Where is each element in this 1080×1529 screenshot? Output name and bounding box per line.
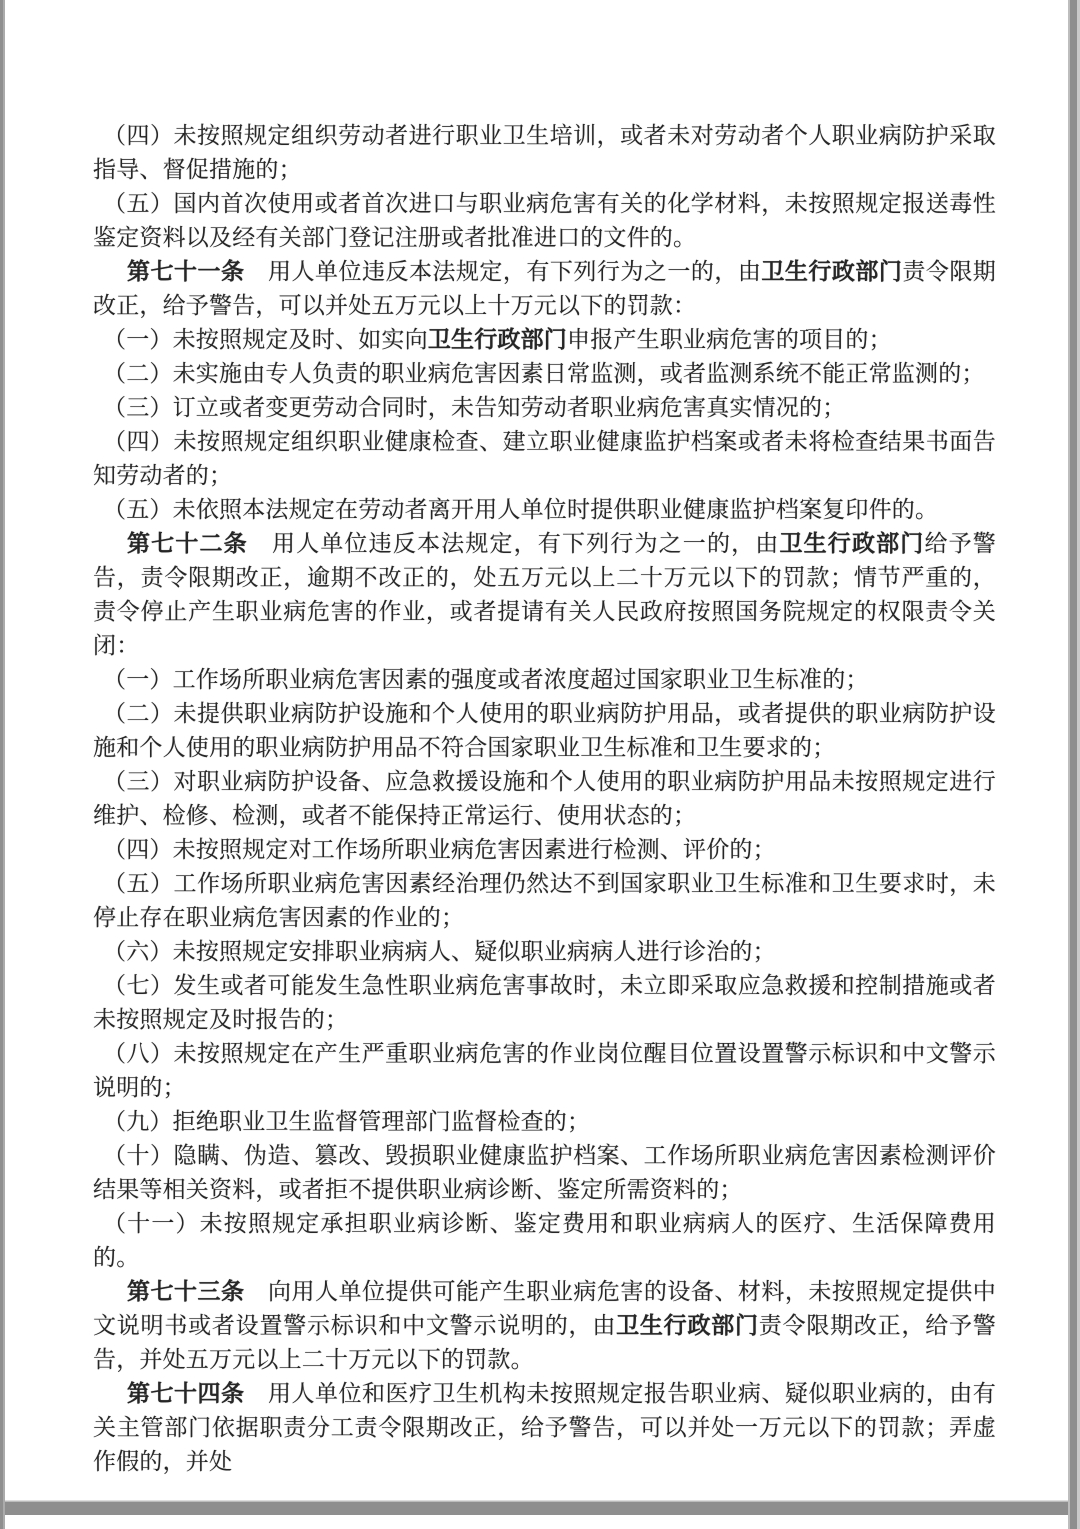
text-run: （一）工作场所职业病危害因素的强度或者浓度超过国家职业卫生标准的；: [103, 667, 869, 692]
text-run: （四）未按照规定对工作场所职业病危害因素进行检测、评价的；: [103, 837, 776, 862]
text-run: （二）未提供职业病防护设施和个人使用的职业病防护用品，或者提供的职业病防护设施和…: [93, 701, 996, 760]
bold-text-run: 第七十一条: [127, 259, 244, 284]
document-viewer: （四）未按照规定组织劳动者进行职业卫生培训，或者未对劳动者个人职业病防护采取指导…: [0, 0, 1080, 1529]
text-run: （二）未实施由专人负责的职业病危害因素日常监测，或者监测系统不能正常监测的；: [103, 361, 985, 386]
clause-paragraph: （六）未按照规定安排职业病病人、疑似职业病病人进行诊治的；: [93, 935, 996, 969]
text-run: （一）未按照规定及时、如实向: [103, 327, 428, 352]
clause-paragraph: （四）未按照规定组织劳动者进行职业卫生培训，或者未对劳动者个人职业病防护采取指导…: [93, 119, 996, 187]
text-run: 用人单位违反本法规定，有下列行为之一的，由: [244, 259, 761, 284]
next-page-top: [5, 1515, 1068, 1529]
bold-text-run: 卫生行政部门: [428, 327, 567, 352]
clause-paragraph: （五）未依照本法规定在劳动者离开用人单位时提供职业健康监护档案复印件的。: [93, 493, 996, 527]
text-run: 用人单位违反本法规定，有下列行为之一的，由: [248, 531, 780, 556]
clause-paragraph: （八）未按照规定在产生严重职业病危害的作业岗位醒目位置设置警示标识和中文警示说明…: [93, 1037, 996, 1105]
clause-paragraph: （五）工作场所职业病危害因素经治理仍然达不到国家职业卫生标准和卫生要求时，未停止…: [93, 867, 996, 935]
document-body: （四）未按照规定组织劳动者进行职业卫生培训，或者未对劳动者个人职业病防护采取指导…: [93, 119, 996, 1479]
article-paragraph: 第七十二条 用人单位违反本法规定，有下列行为之一的，由卫生行政部门给予警告，责令…: [93, 527, 996, 663]
viewer-left-edge: [0, 0, 5, 1529]
text-run: （三）订立或者变更劳动合同时，未告知劳动者职业病危害真实情况的；: [103, 395, 845, 420]
text-run: （七）发生或者可能发生急性职业病危害事故时，未立即采取应急救援和控制措施或者未按…: [93, 973, 996, 1032]
article-paragraph: 第七十三条 向用人单位提供可能产生职业病危害的设备、材料，未按照规定提供中文说明…: [93, 1275, 996, 1377]
text-run: （六）未按照规定安排职业病病人、疑似职业病病人进行诊治的；: [103, 939, 776, 964]
clause-paragraph: （二）未实施由专人负责的职业病危害因素日常监测，或者监测系统不能正常监测的；: [93, 357, 996, 391]
viewer-right-edge: [1068, 0, 1080, 1529]
bold-text-run: 第七十四条: [127, 1381, 244, 1406]
clause-paragraph: （十一）未按照规定承担职业病诊断、鉴定费用和职业病病人的医疗、生活保障费用的。: [93, 1207, 996, 1275]
clause-paragraph: （四）未按照规定组织职业健康检查、建立职业健康监护档案或者未将检查结果书面告知劳…: [93, 425, 996, 493]
bold-text-run: 卫生行政部门: [779, 531, 924, 556]
clause-paragraph: （七）发生或者可能发生急性职业病危害事故时，未立即采取应急救援和控制措施或者未按…: [93, 969, 996, 1037]
text-run: （四）未按照规定组织劳动者进行职业卫生培训，或者未对劳动者个人职业病防护采取指导…: [93, 123, 996, 182]
text-run: （九）拒绝职业卫生监督管理部门监督检查的；: [103, 1109, 590, 1134]
text-run: （十一）未按照规定承担职业病诊断、鉴定费用和职业病病人的医疗、生活保障费用的。: [93, 1211, 996, 1270]
text-run: （十）隐瞒、伪造、篡改、毁损职业健康监护档案、工作场所职业病危害因素检测评价结果…: [93, 1143, 996, 1202]
bold-text-run: 第七十二条: [127, 531, 248, 556]
article-paragraph: 第七十四条 用人单位和医疗卫生机构未按照规定报告职业病、疑似职业病的，由有关主管…: [93, 1377, 996, 1479]
clause-paragraph: （四）未按照规定对工作场所职业病危害因素进行检测、评价的；: [93, 833, 996, 867]
clause-paragraph: （二）未提供职业病防护设施和个人使用的职业病防护用品，或者提供的职业病防护设施和…: [93, 697, 996, 765]
clause-paragraph: （一）未按照规定及时、如实向卫生行政部门申报产生职业病危害的项目的；: [93, 323, 996, 357]
bold-text-run: 卫生行政部门: [616, 1313, 759, 1338]
text-run: （五）未依照本法规定在劳动者离开用人单位时提供职业健康监护档案复印件的。: [103, 497, 938, 522]
article-paragraph: 第七十一条 用人单位违反本法规定，有下列行为之一的，由卫生行政部门责令限期改正，…: [93, 255, 996, 323]
clause-paragraph: （十）隐瞒、伪造、篡改、毁损职业健康监护档案、工作场所职业病危害因素检测评价结果…: [93, 1139, 996, 1207]
document-page: （四）未按照规定组织劳动者进行职业卫生培训，或者未对劳动者个人职业病防护采取指导…: [5, 0, 1068, 1502]
text-run: （五）工作场所职业病危害因素经治理仍然达不到国家职业卫生标准和卫生要求时，未停止…: [93, 871, 996, 930]
clause-paragraph: （三）订立或者变更劳动合同时，未告知劳动者职业病危害真实情况的；: [93, 391, 996, 425]
bold-text-run: 卫生行政部门: [761, 259, 902, 284]
text-run: （八）未按照规定在产生严重职业病危害的作业岗位醒目位置设置警示标识和中文警示说明…: [93, 1041, 996, 1100]
clause-paragraph: （五）国内首次使用或者首次进口与职业病危害有关的化学材料，未按照规定报送毒性鉴定…: [93, 187, 996, 255]
clause-paragraph: （九）拒绝职业卫生监督管理部门监督检查的；: [93, 1105, 996, 1139]
clause-paragraph: （三）对职业病防护设备、应急救援设施和个人使用的职业病防护用品未按照规定进行维护…: [93, 765, 996, 833]
page-separator: [0, 1502, 1080, 1515]
text-run: 申报产生职业病危害的项目的；: [567, 327, 892, 352]
bold-text-run: 第七十三条: [127, 1279, 244, 1304]
text-run: （四）未按照规定组织职业健康检查、建立职业健康监护档案或者未将检查结果书面告知劳…: [93, 429, 996, 488]
text-run: （三）对职业病防护设备、应急救援设施和个人使用的职业病防护用品未按照规定进行维护…: [93, 769, 996, 828]
text-run: （五）国内首次使用或者首次进口与职业病危害有关的化学材料，未按照规定报送毒性鉴定…: [93, 191, 996, 250]
clause-paragraph: （一）工作场所职业病危害因素的强度或者浓度超过国家职业卫生标准的；: [93, 663, 996, 697]
